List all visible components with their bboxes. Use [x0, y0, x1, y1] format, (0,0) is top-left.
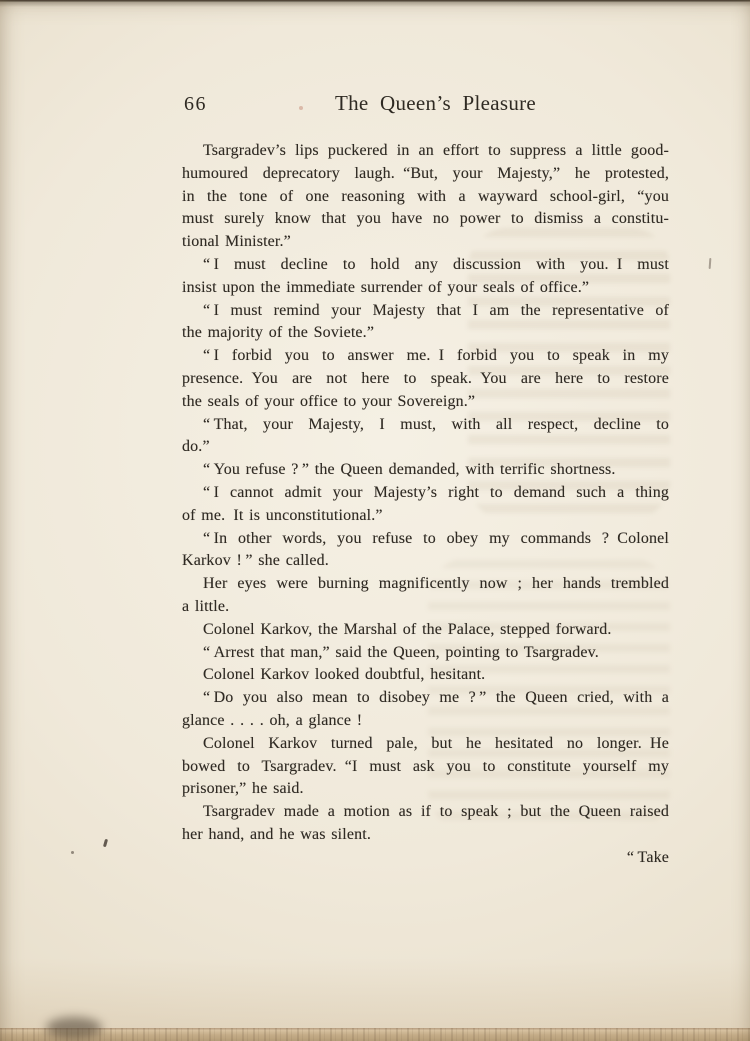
- text-line: “ You refuse ? ” the Queen demanded, wit…: [182, 459, 669, 482]
- book-page-scan: 66 The Queen’s Pleasure Tsargradev’s lip…: [0, 0, 750, 1041]
- text-line: Tsargradev’s lips puckered in an effort …: [182, 140, 669, 163]
- text-line: Karkov ! ” she called.: [182, 550, 669, 573]
- text-line: Colonel Karkov, the Marshal of the Palac…: [182, 619, 669, 642]
- body-text: Tsargradev’s lips puckered in an effort …: [182, 140, 669, 870]
- text-line: “ Arrest that man,” said the Queen, poin…: [182, 642, 669, 665]
- text-line: prisoner,” he said.: [182, 778, 669, 801]
- text-line: “ I cannot admit your Majesty’s right to…: [182, 482, 669, 505]
- text-line: humoured deprecatory laugh. “But, your M…: [182, 163, 669, 186]
- text-line: bowed to Tsargradev. “I must ask you to …: [182, 756, 669, 779]
- text-line: a little.: [182, 596, 669, 619]
- text-line: “ I must decline to hold any discussion …: [182, 254, 669, 277]
- text-line: Colonel Karkov looked doubtful, hesitant…: [182, 664, 669, 687]
- text-line: tional Minister.”: [182, 231, 669, 254]
- smudge-mark: [46, 1017, 102, 1039]
- ink-speck: [71, 851, 74, 854]
- text-line: the seals of your office to your Soverei…: [182, 391, 669, 414]
- scan-top-edge: [0, 0, 750, 7]
- ink-speck: [709, 258, 712, 269]
- page-edges-band: [0, 1028, 750, 1041]
- text-line: of me. It is unconstitutional.”: [182, 505, 669, 528]
- text-line: must surely know that you have no power …: [182, 208, 669, 231]
- text-line: insist upon the immediate surrender of y…: [182, 277, 669, 300]
- text-line: do.”: [182, 436, 669, 459]
- ink-speck: [103, 839, 108, 848]
- text-line: “ I must remind your Majesty that I am t…: [182, 300, 669, 323]
- text-line: “ Do you also mean to disobey me ? ” the…: [182, 687, 669, 710]
- text-line: “ Take: [182, 847, 669, 870]
- text-line: “ I forbid you to answer me. I forbid yo…: [182, 345, 669, 368]
- text-line: presence. You are not here to speak. You…: [182, 368, 669, 391]
- running-header-title: The Queen’s Pleasure: [192, 91, 679, 116]
- text-line: Tsargradev made a motion as if to speak …: [182, 801, 669, 824]
- text-line: her hand, and he was silent.: [182, 824, 669, 847]
- text-line: glance . . . . oh, a glance !: [182, 710, 669, 733]
- text-line: the majority of the Soviete.”: [182, 322, 669, 345]
- text-line: Colonel Karkov turned pale, but he hesit…: [182, 733, 669, 756]
- text-line: “ In other words, you refuse to obey my …: [182, 528, 669, 551]
- text-line: “ That, your Majesty, I must, with all r…: [182, 414, 669, 437]
- text-line: Her eyes were burning magnificently now …: [182, 573, 669, 596]
- bottom-shadow: [0, 958, 750, 1028]
- text-line: in the tone of one reasoning with a wayw…: [182, 186, 669, 209]
